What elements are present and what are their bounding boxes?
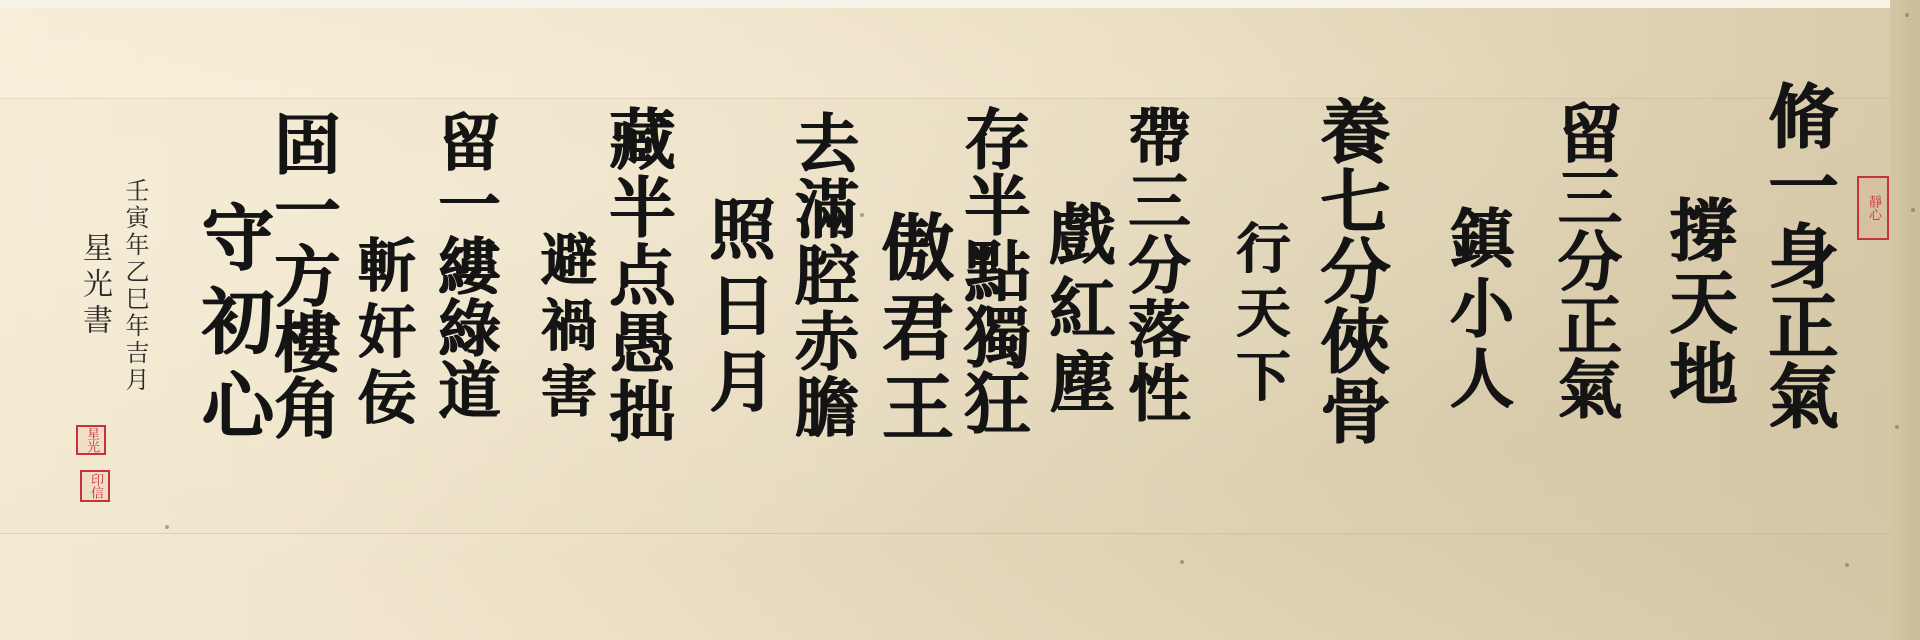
paper-speck <box>165 525 169 529</box>
paper-speck <box>1905 13 1909 17</box>
calligraphy-column-10: 傲君王 <box>860 210 964 450</box>
paper-speck <box>1180 560 1184 564</box>
paper-speck <box>1845 563 1849 567</box>
scroll-right-edge <box>1890 0 1920 640</box>
inscription-signature: 星光書 <box>72 232 116 340</box>
calligraphy-column-18: 守初心 <box>180 200 284 452</box>
scroll-top-edge <box>0 0 1920 8</box>
opening-seal: 靜心 <box>1857 176 1889 240</box>
calligraphy-column-15: 留一縷綠道 <box>420 110 509 420</box>
inscription-date: 壬寅年乙巳年吉月 <box>118 178 153 394</box>
paper-speck <box>846 420 850 424</box>
calligraphy-column-6: 行天下 <box>1222 220 1299 412</box>
calligraphy-column-5: 養七分俠骨 <box>1300 95 1401 445</box>
calligraphy-column-2: 撐天地 <box>1650 195 1747 411</box>
calligraphy-column-4: 鎮小人 <box>1430 205 1522 415</box>
calligraphy-scroll: 靜心 脩一身正氣 撐天地 留三分正氣 鎮小人 養七分俠骨 行天下 帶三分落性 戲… <box>0 0 1920 640</box>
calligraphy-column-12: 照日月 <box>690 195 785 423</box>
calligraphy-column-3: 留三分正氣 <box>1538 100 1630 420</box>
calligraphy-column-16: 斬奸佞 <box>340 235 424 433</box>
artist-seal-1: 星光 <box>76 425 106 455</box>
calligraphy-column-14: 避禍害 <box>525 230 605 428</box>
paper-speck <box>1895 425 1899 429</box>
calligraphy-column-11: 去滿腔赤膽 <box>775 110 867 440</box>
calligraphy-column-8: 戲紅塵 <box>1030 200 1125 422</box>
paper-speck <box>1911 208 1915 212</box>
calligraphy-column-1: 脩一身正氣 <box>1748 80 1849 430</box>
paper-speck <box>860 213 864 217</box>
artist-seal-2: 印信 <box>80 470 110 502</box>
